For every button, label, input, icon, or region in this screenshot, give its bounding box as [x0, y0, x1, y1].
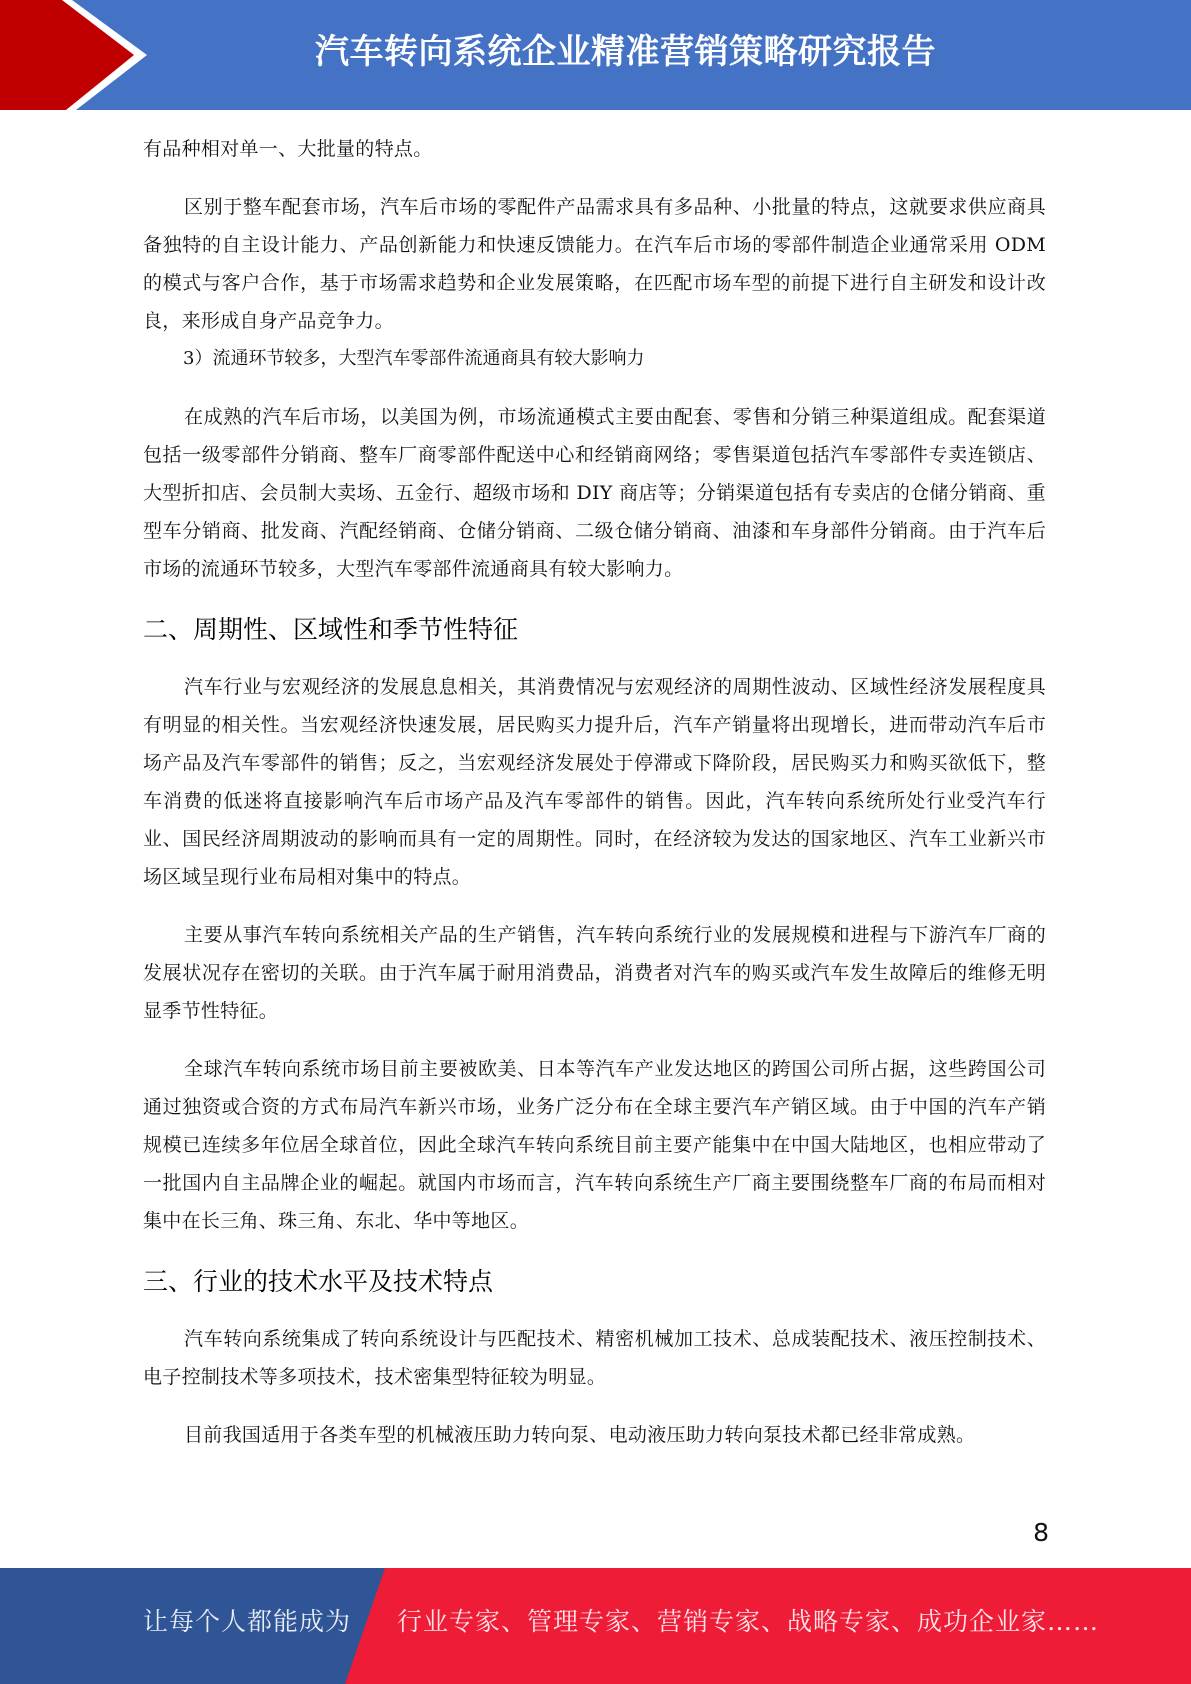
- page-header: 汽车转向系统企业精准营销策略研究报告: [0, 0, 1191, 110]
- paragraph: 目前我国适用于各类车型的机械液压助力转向泵、电动液压助力转向泵技术都已经非常成熟…: [143, 1416, 1046, 1454]
- page-number: 8: [1033, 1518, 1049, 1547]
- footer-slogan-left: 让每个人都能成为: [143, 1602, 351, 1642]
- paragraph: 区别于整车配套市场，汽车后市场的零配件产品需求具有多品种、小批量的特点，这就要求…: [143, 188, 1046, 340]
- report-title: 汽车转向系统企业精准营销策略研究报告: [150, 22, 1101, 82]
- footer-slogan-right: 行业专家、管理专家、营销专家、战略专家、成功企业家……: [397, 1602, 1099, 1642]
- page-body: 有品种相对单一、大批量的特点。 区别于整车配套市场，汽车后市场的零配件产品需求具…: [143, 130, 1046, 1454]
- section-heading: 二、周期性、区域性和季节性特征: [143, 610, 1046, 650]
- paragraph: 有品种相对单一、大批量的特点。: [143, 130, 1046, 168]
- paragraph: 全球汽车转向系统市场目前主要被欧美、日本等汽车产业发达地区的跨国公司所占据，这些…: [143, 1050, 1046, 1240]
- subheading: 3）流通环节较多，大型汽车零部件流通商具有较大影响力: [143, 340, 1046, 378]
- paragraph: 汽车行业与宏观经济的发展息息相关，其消费情况与宏观经济的周期性波动、区域性经济发…: [143, 668, 1046, 896]
- paragraph: 汽车转向系统集成了转向系统设计与匹配技术、精密机械加工技术、总成装配技术、液压控…: [143, 1320, 1046, 1396]
- page-footer: 让每个人都能成为 行业专家、管理专家、营销专家、战略专家、成功企业家……: [0, 1568, 1191, 1684]
- paragraph: 在成熟的汽车后市场，以美国为例，市场流通模式主要由配套、零售和分销三种渠道组成。…: [143, 398, 1046, 588]
- paragraph: 主要从事汽车转向系统相关产品的生产销售，汽车转向系统行业的发展规模和进程与下游汽…: [143, 916, 1046, 1030]
- section-heading: 三、行业的技术水平及技术特点: [143, 1262, 1046, 1302]
